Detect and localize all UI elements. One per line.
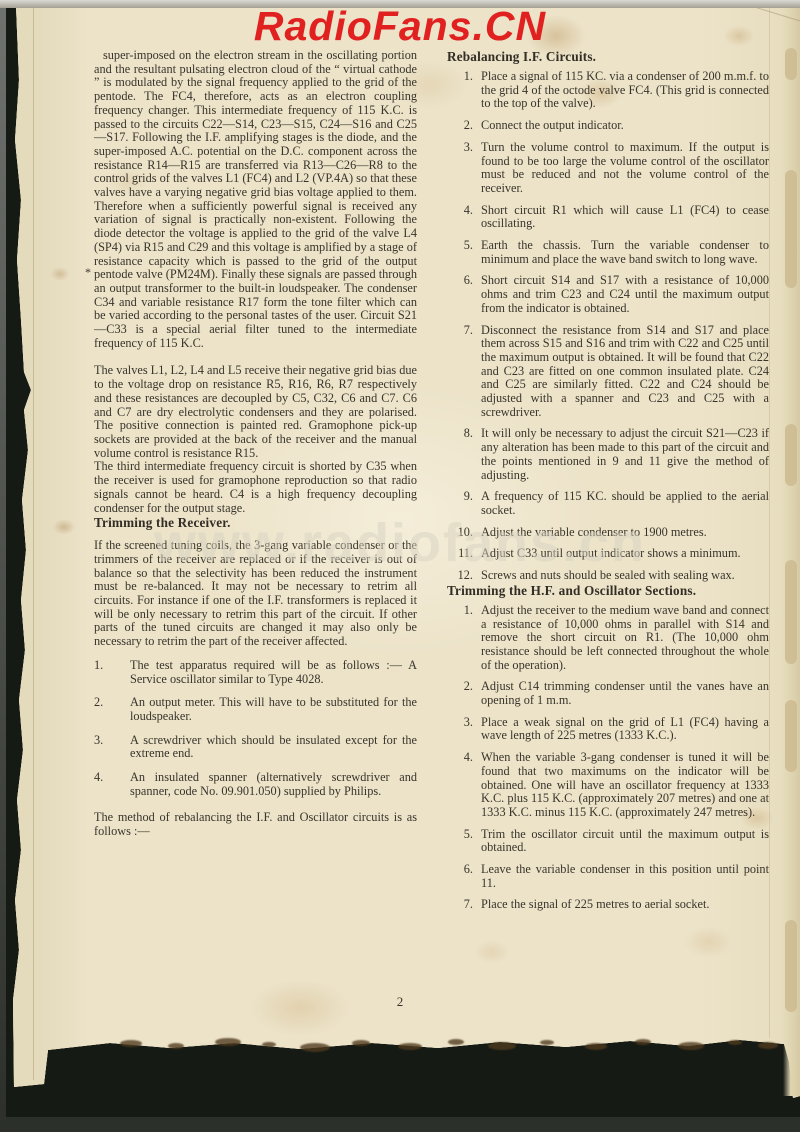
- list-item: 3. Place a weak signal on the grid of L1…: [447, 716, 769, 743]
- body-paragraph: If the screened tuning coils, the 3-gang…: [94, 539, 417, 649]
- section-heading-trimming-receiver: Trimming the Receiver.: [94, 515, 417, 530]
- scanned-manual-page: RadioFans.CN * super-imposed on the elec…: [0, 0, 800, 1132]
- item-number: 11.: [447, 547, 473, 561]
- paper-crease-right: [769, 8, 770, 1038]
- edge-stain: [728, 1040, 742, 1045]
- item-text: An output meter. This will have to be su…: [130, 696, 417, 723]
- edge-stain: [448, 1039, 464, 1045]
- list-item: 4. When the variable 3-gang condenser is…: [447, 751, 769, 820]
- item-number: 6.: [447, 863, 473, 890]
- numbered-list-apparatus: 1. The test apparatus required will be a…: [94, 659, 417, 799]
- numbered-list-hf: 1. Adjust the receiver to the medium wav…: [447, 604, 769, 912]
- item-number: 6.: [447, 274, 473, 315]
- left-column: super-imposed on the electron stream in …: [94, 49, 417, 839]
- body-paragraph: The method of rebalancing the I.F. and O…: [94, 811, 417, 838]
- list-item: 8. It will only be necessary to adjust t…: [447, 427, 769, 482]
- item-text: A screwdriver which should be insulated …: [130, 734, 417, 761]
- item-text: Leave the variable condenser in this pos…: [481, 863, 769, 890]
- list-item: 1. Adjust the receiver to the medium wav…: [447, 604, 769, 673]
- item-text: Turn the volume control to maximum. If t…: [481, 141, 769, 196]
- item-number: 3.: [447, 141, 473, 196]
- list-item: 4. Short circuit R1 which will cause L1 …: [447, 204, 769, 231]
- paper-crease-left: [33, 8, 34, 1080]
- list-item: 1. Place a signal of 115 KC. via a conde…: [447, 70, 769, 111]
- item-number: 4.: [447, 751, 473, 820]
- item-number: 2.: [94, 696, 130, 723]
- item-text: Adjust the variable condenser to 1900 me…: [481, 526, 769, 540]
- item-number: 10.: [447, 526, 473, 540]
- edge-stain: [398, 1043, 422, 1050]
- item-number: 7.: [447, 898, 473, 912]
- item-text: An insulated spanner (alternatively scre…: [130, 771, 417, 798]
- torn-edge-fragment: [785, 48, 797, 80]
- edge-stain: [262, 1042, 276, 1047]
- body-paragraph: The third intermediate frequency circuit…: [94, 460, 417, 515]
- scan-bottom-edge: [0, 1117, 800, 1132]
- list-item: 5. Trim the oscillator circuit until the…: [447, 828, 769, 855]
- item-number: 2.: [447, 119, 473, 133]
- edge-stain: [758, 1042, 778, 1049]
- list-item: 6. Leave the variable condenser in this …: [447, 863, 769, 890]
- item-number: 1.: [447, 70, 473, 111]
- list-item: 1. The test apparatus required will be a…: [94, 659, 417, 686]
- torn-edge-fragment: [785, 170, 797, 288]
- binding-edge-left: [0, 0, 6, 1132]
- item-number: 9.: [447, 490, 473, 517]
- list-item: 6. Short circuit S14 and S17 with a resi…: [447, 274, 769, 315]
- right-column: Rebalancing I.F. Circuits. 1. Place a si…: [447, 49, 769, 912]
- list-item: 11. Adjust C33 until output indicator sh…: [447, 547, 769, 561]
- list-item: 2. Connect the output indicator.: [447, 119, 769, 133]
- section-heading-trimming-hf: Trimming the H.F. and Oscillator Section…: [447, 583, 769, 598]
- item-text: Connect the output indicator.: [481, 119, 769, 133]
- body-paragraph: super-imposed on the electron stream in …: [94, 49, 417, 350]
- radiofans-header-watermark: RadioFans.CN: [0, 3, 800, 50]
- item-number: 1.: [94, 659, 130, 686]
- item-number: 5.: [447, 828, 473, 855]
- item-text: Adjust the receiver to the medium wave b…: [481, 604, 769, 673]
- edge-stain: [215, 1038, 241, 1046]
- item-number: 12.: [447, 569, 473, 583]
- edge-stain: [678, 1042, 704, 1050]
- item-text: Adjust C33 until output indicator shows …: [481, 547, 769, 561]
- item-text: Place a weak signal on the grid of L1 (F…: [481, 716, 769, 743]
- item-number: 4.: [447, 204, 473, 231]
- list-item: 7. Place the signal of 225 metres to aer…: [447, 898, 769, 912]
- item-number: 7.: [447, 324, 473, 420]
- list-item: 2. Adjust C14 trimming condenser until t…: [447, 680, 769, 707]
- edge-stain: [488, 1042, 516, 1050]
- edge-stain: [352, 1040, 370, 1046]
- list-item: 9. A frequency of 115 KC. should be appl…: [447, 490, 769, 517]
- section-heading-rebalancing-if: Rebalancing I.F. Circuits.: [447, 49, 769, 64]
- torn-edge-fragment: [785, 560, 797, 664]
- item-number: 2.: [447, 680, 473, 707]
- torn-edge-fragment: [785, 700, 797, 772]
- torn-edge-right: [783, 6, 800, 1096]
- list-item: 3. A screwdriver which should be insulat…: [94, 734, 417, 761]
- torn-edge-fragment: [785, 920, 797, 1012]
- item-text: Adjust C14 trimming condenser until the …: [481, 680, 769, 707]
- item-text: It will only be necessary to adjust the …: [481, 427, 769, 482]
- item-text: Screws and nuts should be sealed with se…: [481, 569, 769, 583]
- torn-edge-fragment: [785, 424, 797, 486]
- item-number: 4.: [94, 771, 130, 798]
- list-item: 4. An insulated spanner (alternatively s…: [94, 771, 417, 798]
- item-text: Earth the chassis. Turn the variable con…: [481, 239, 769, 266]
- list-item: 2. An output meter. This will have to be…: [94, 696, 417, 723]
- item-text: Place the signal of 225 metres to aerial…: [481, 898, 769, 912]
- item-text: The test apparatus required will be as f…: [130, 659, 417, 686]
- page-number: 2: [390, 994, 410, 1010]
- edge-stain: [540, 1040, 554, 1045]
- item-number: 3.: [447, 716, 473, 743]
- edge-stain: [168, 1043, 184, 1049]
- item-text: Place a signal of 115 KC. via a condense…: [481, 70, 769, 111]
- edge-stain: [300, 1043, 330, 1052]
- edge-stain: [585, 1043, 607, 1050]
- numbered-list-rebalancing: 1. Place a signal of 115 KC. via a conde…: [447, 70, 769, 583]
- item-number: 1.: [447, 604, 473, 673]
- body-paragraph: The valves L1, L2, L4 and L5 receive the…: [94, 364, 417, 460]
- list-item: 7. Disconnect the resistance from S14 an…: [447, 324, 769, 420]
- item-number: 3.: [94, 734, 130, 761]
- item-text: When the variable 3-gang condenser is tu…: [481, 751, 769, 820]
- list-item: 12. Screws and nuts should be sealed wit…: [447, 569, 769, 583]
- margin-asterisk: *: [85, 265, 91, 280]
- list-item: 10. Adjust the variable condenser to 190…: [447, 526, 769, 540]
- list-item: 5. Earth the chassis. Turn the variable …: [447, 239, 769, 266]
- item-text: Trim the oscillator circuit until the ma…: [481, 828, 769, 855]
- item-text: Disconnect the resistance from S14 and S…: [481, 324, 769, 420]
- item-text: Short circuit S14 and S17 with a resista…: [481, 274, 769, 315]
- item-number: 5.: [447, 239, 473, 266]
- edge-stain: [635, 1039, 651, 1045]
- item-text: Short circuit R1 which will cause L1 (FC…: [481, 204, 769, 231]
- item-text: A frequency of 115 KC. should be applied…: [481, 490, 769, 517]
- list-item: 3. Turn the volume control to maximum. I…: [447, 141, 769, 196]
- edge-stain: [120, 1040, 142, 1047]
- item-number: 8.: [447, 427, 473, 482]
